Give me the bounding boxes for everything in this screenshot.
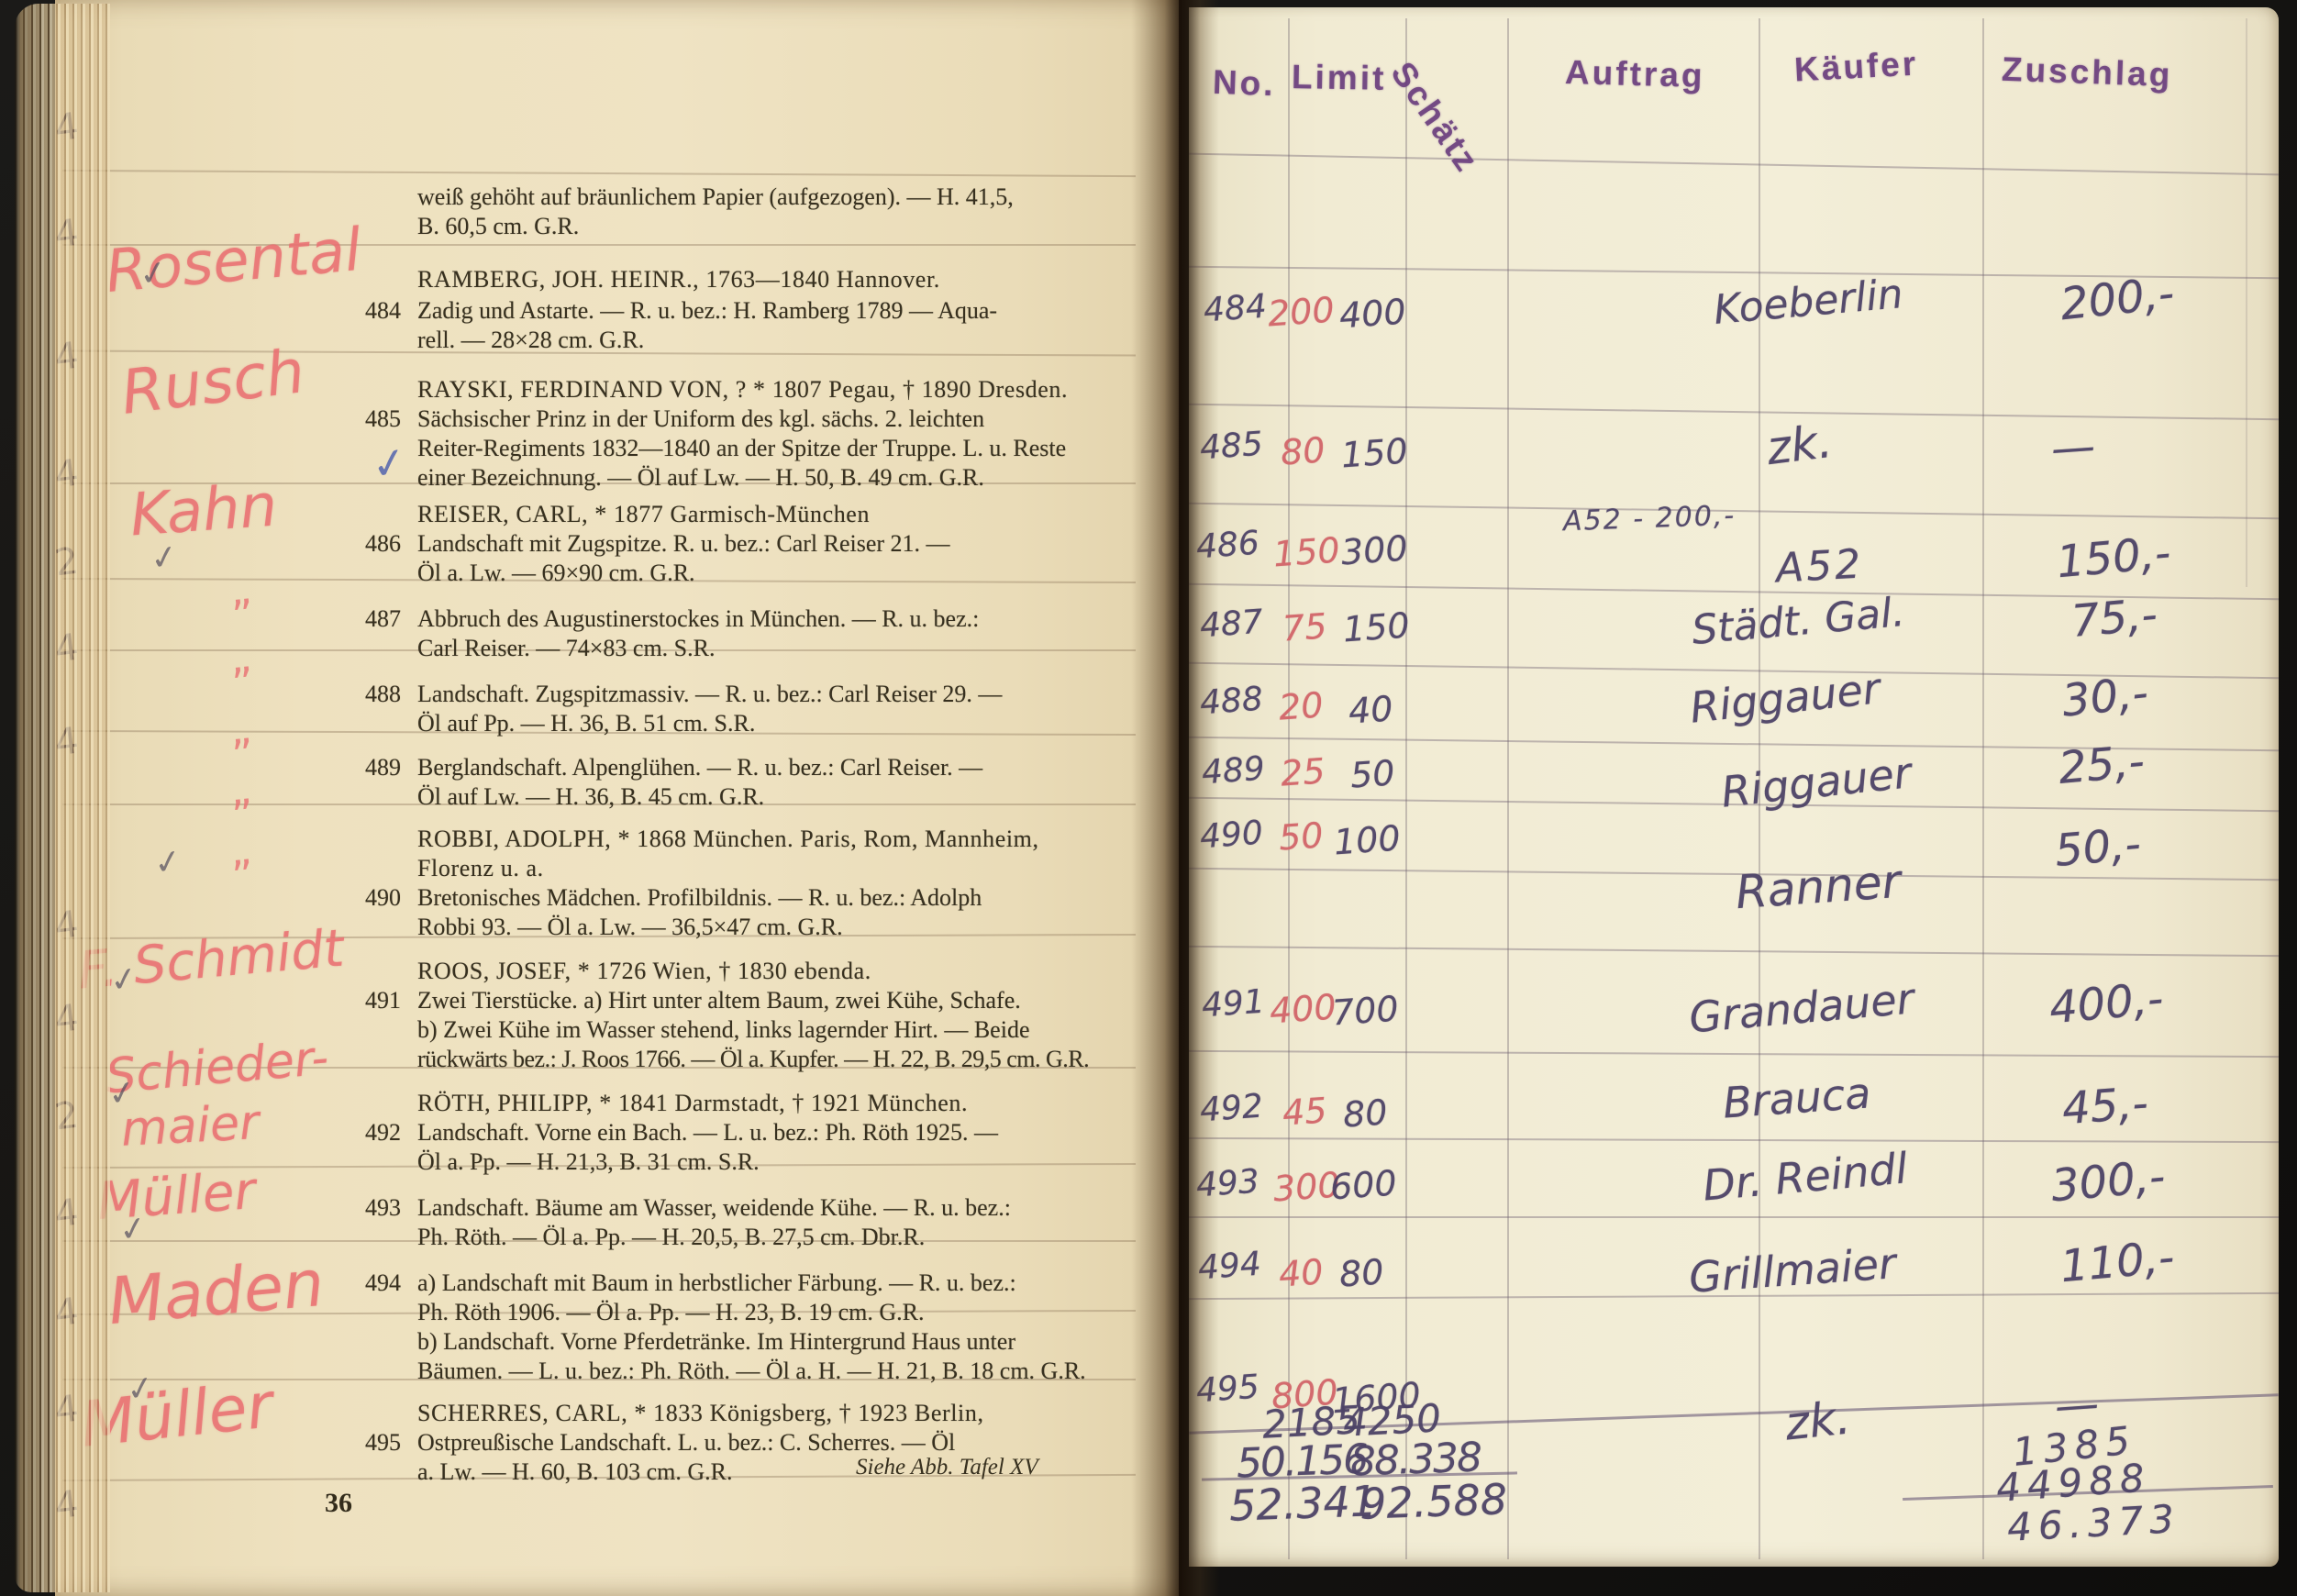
lot-number: 484 [365, 297, 401, 325]
margin-name: Schieder- [104, 1031, 331, 1105]
artist-header: RAYSKI, FERDINAND VON, ? * 1807 Pegau, †… [417, 376, 1068, 404]
entry-line: a) Landschaft mit Baum in herbstlicher F… [417, 1269, 1016, 1297]
ledger-kaeufer: Grillmaier [1687, 1238, 1897, 1302]
ledger-schaetz: 400 [1338, 292, 1407, 337]
ledger-limit: 25 [1280, 750, 1326, 793]
ditto-mark: „ [227, 704, 253, 755]
ledger-limit: 45 [1282, 1090, 1328, 1133]
lot-number: 488 [365, 681, 401, 708]
lot-number: 494 [365, 1269, 401, 1297]
entry-line: Landschaft. Bäume am Wasser, weidende Kü… [417, 1194, 1011, 1222]
total-limit-sum: 52.341 [1228, 1476, 1378, 1531]
entry-line: Öl auf Pp. — H. 36, B. 51 cm. S.R. [417, 710, 755, 737]
entry-line: b) Zwei Kühe im Wasser stehend, links la… [417, 1016, 1029, 1044]
ledger-no: 486 [1195, 525, 1260, 567]
see-plate-note: Siehe Abb. Tafel XV [856, 1455, 1038, 1480]
ledger-no: 492 [1199, 1088, 1264, 1130]
ledger-kaeufer: zk. [1764, 415, 1836, 475]
ledger-kaeufer: Brauca [1721, 1068, 1872, 1127]
entry-line: rückwärts bez.: J. Roos 1766. — Öl a. Ku… [417, 1046, 1089, 1073]
lot-number: 493 [365, 1194, 401, 1222]
header-kaeufer: Käufer [1793, 44, 1919, 89]
ledger-schaetz: 300 [1340, 528, 1409, 573]
ledger-schaetz: 40 [1348, 688, 1394, 731]
total-schaetz-sum: 92.588 [1359, 1474, 1508, 1529]
header-zuschlag: Zuschlag [2001, 50, 2173, 94]
checkmark-blue: ✓ [368, 436, 411, 491]
entry-line: Robbi 93. — Öl a. Lw. — 36,5×47 cm. G.R. [417, 914, 843, 941]
entry-line: Landschaft. Zugspitzmassiv. — R. u. bez.… [417, 681, 1002, 708]
ledger-zuschlag: — [2049, 420, 2097, 474]
ditto-mark: „ [227, 764, 253, 815]
entry-line: Öl auf Lw. — H. 36, B. 45 cm. G.R. [417, 783, 764, 811]
margin-name: Maden [105, 1246, 327, 1339]
ledger-zuschlag: 30,- [2059, 667, 2150, 726]
right-page: No. Limit Schätz Auftrag Käufer Zuschlag… [1189, 7, 2279, 1567]
lot-number: 487 [365, 605, 401, 633]
ledger-zuschlag: 50,- [2053, 818, 2143, 877]
artist-header: REISER, CARL, * 1877 Garmisch-München [417, 501, 870, 528]
artist-header: ROOS, JOSEF, * 1726 Wien, † 1830 ebenda. [417, 958, 871, 985]
ledger-schaetz: 50 [1349, 752, 1396, 795]
entry-line: Abbruch des Augustinerstockes in München… [417, 605, 979, 633]
artist-header: Florenz u. a. [417, 855, 544, 882]
rule-line [62, 170, 1136, 177]
artist-header: RAMBERG, JOH. HEINR., 1763—1840 Hannover… [417, 266, 940, 294]
margin-name: Kahn [128, 472, 280, 550]
entry-line: weiß gehöht auf bräunlichem Papier (aufg… [417, 183, 1014, 211]
entry-line: Ostpreußische Landschaft. L. u. bez.: C.… [417, 1429, 955, 1457]
entry-line: Sächsischer Prinz in der Uniform des kgl… [417, 405, 984, 433]
header-auftrag: Auftrag [1564, 53, 1705, 95]
row-line [1189, 1216, 2279, 1218]
ledger-kaeufer: Städt. Gal. [1690, 589, 1906, 654]
ledger-limit: 40 [1278, 1251, 1325, 1294]
entry-line: b) Landschaft. Vorne Pferdetränke. Im Hi… [417, 1328, 1015, 1356]
entry-line: Zadig und Astarte. — R. u. bez.: H. Ramb… [417, 297, 997, 325]
ledger-no: 493 [1195, 1163, 1260, 1205]
ledger-no: 491 [1201, 983, 1266, 1025]
ledger-kaeufer: Ranner [1734, 855, 1903, 919]
ledger-limit: 50 [1278, 815, 1325, 858]
entry-line: a. Lw. — H. 60, B. 103 cm. G.R. [417, 1458, 733, 1486]
entry-line: Ph. Röth 1906. — Öl a. Pp. — H. 23, B. 1… [417, 1299, 925, 1326]
ledger-zuschlag: 45,- [2060, 1078, 2149, 1135]
ledger-no: 494 [1197, 1246, 1262, 1288]
total-zuschlag-sum: 46.373 [2006, 1496, 2181, 1550]
left-page: weiß gehöht auf bräunlichem Papier (aufg… [55, 0, 1179, 1596]
ledger-no: 484 [1203, 288, 1268, 330]
ledger-schaetz: 600 [1329, 1163, 1398, 1208]
entry-line: Ph. Röth. — Öl a. Pp. — H. 20,5, B. 27,5… [417, 1224, 925, 1251]
column-line [2246, 18, 2247, 587]
column-line [1405, 18, 1407, 1559]
header-no: No. [1212, 63, 1276, 104]
ledger-no: 489 [1201, 750, 1266, 792]
header-schaetz: Schätz [1383, 55, 1487, 181]
lot-number: 492 [365, 1119, 401, 1147]
ledger-schaetz: 150 [1342, 605, 1411, 650]
ledger-limit: 150 [1272, 530, 1341, 575]
ledger-limit: 200 [1267, 290, 1336, 335]
entry-line: Öl a. Lw. — 69×90 cm. G.R. [417, 560, 695, 587]
row-line [1189, 1050, 2279, 1058]
header-limit: Limit [1292, 58, 1387, 98]
ledger-zuschlag: 25,- [2057, 736, 2147, 794]
ledger-schaetz: 80 [1342, 1092, 1389, 1135]
lot-number: 485 [365, 405, 401, 433]
row-line [1189, 153, 2279, 176]
ditto-mark: „ [227, 632, 253, 683]
row-line [1189, 404, 2279, 421]
lot-number: 491 [365, 987, 401, 1014]
artist-header: ROBBI, ADOLPH, * 1868 München. Paris, Ro… [417, 826, 1039, 853]
ledger-no: 487 [1199, 604, 1264, 646]
artist-header: RÖTH, PHILIPP, * 1841 Darmstadt, † 1921 … [417, 1090, 968, 1117]
entry-line: Zwei Tierstücke. a) Hirt unter altem Bau… [417, 987, 1021, 1014]
entry-line: Bäumen. — L. u. bez.: Ph. Röth. — Öl a. … [417, 1358, 1086, 1385]
ledger-no: 488 [1199, 681, 1264, 723]
ledger-no: 490 [1199, 815, 1264, 857]
artist-header: SCHERRES, CARL, * 1833 Königsberg, † 192… [417, 1400, 984, 1427]
ledger-zuschlag: 200,- [2058, 268, 2176, 331]
ledger-kaeufer: A52 [1775, 541, 1865, 593]
page-stack-edge [15, 4, 110, 1592]
row-line [1189, 1137, 2279, 1143]
lot-number: 489 [365, 754, 401, 781]
ditto-mark: „ [227, 825, 253, 876]
book-photo: weiß gehöht auf bräunlichem Papier (aufg… [0, 0, 2297, 1596]
entry-line: einer Bezeichnung. — Öl auf Lw. — H. 50,… [417, 464, 984, 492]
entry-line: Bretonisches Mädchen. Profilbildnis. — R… [417, 884, 982, 912]
column-line [1507, 18, 1509, 1559]
checkmark: ✓ [124, 1369, 158, 1411]
ledger-schaetz: 700 [1331, 989, 1400, 1034]
ledger-kaeufer: zk. [1782, 1391, 1853, 1450]
lot-number: 490 [365, 884, 401, 912]
entry-line: Landschaft. Vorne ein Bach. — L. u. bez.… [417, 1119, 998, 1147]
entry-line: Landschaft mit Zugspitze. R. u. bez.: Ca… [417, 530, 950, 558]
ledger-auftrag: A52 - 200,- [1562, 500, 1736, 538]
ledger-no: 495 [1195, 1369, 1260, 1411]
ledger-schaetz: 150 [1340, 431, 1409, 476]
ledger-kaeufer: Koeberlin [1712, 271, 1904, 334]
ledger-zuschlag: 400,- [2047, 973, 2166, 1035]
ditto-mark: „ [227, 564, 253, 615]
ledger-limit: 400 [1269, 987, 1337, 1032]
ledger-zuschlag: 75,- [2070, 589, 2159, 648]
ledger-limit: 20 [1278, 684, 1325, 727]
checkmark: ✓ [151, 842, 185, 884]
ledger-no: 485 [1199, 426, 1264, 468]
ledger-zuschlag: 110,- [2058, 1232, 2177, 1293]
ledger-kaeufer: Grandauer [1687, 973, 1915, 1042]
ledger-schaetz: 100 [1333, 818, 1402, 863]
entry-line: B. 60,5 cm. G.R. [417, 213, 579, 240]
lot-number: 495 [365, 1429, 401, 1457]
margin-name: maier [120, 1095, 261, 1158]
ledger-schaetz: 80 [1338, 1251, 1385, 1294]
ledger-limit: 80 [1280, 429, 1326, 472]
column-line [1982, 18, 1984, 1559]
entry-line: Berglandschaft. Alpenglühen. — R. u. bez… [417, 754, 982, 781]
lot-number: 486 [365, 530, 401, 558]
ledger-zuschlag: 300,- [2049, 1151, 2168, 1213]
row-line [1189, 946, 2279, 957]
ledger-kaeufer: Riggauer [1688, 663, 1882, 732]
ledger-zuschlag: 150,- [2055, 527, 2173, 589]
entry-line: rell. — 28×28 cm. G.R. [417, 327, 644, 354]
entry-line: Reiter-Regiments 1832—1840 an der Spitze… [417, 435, 1066, 462]
page-number: 36 [325, 1488, 352, 1519]
entry-line: Öl a. Pp. — H. 21,3, B. 31 cm. S.R. [417, 1148, 760, 1176]
ledger-limit: 75 [1282, 605, 1328, 648]
ledger-kaeufer: Dr. Reindl [1701, 1143, 1909, 1210]
entry-line: Carl Reiser. — 74×83 cm. S.R. [417, 635, 715, 662]
